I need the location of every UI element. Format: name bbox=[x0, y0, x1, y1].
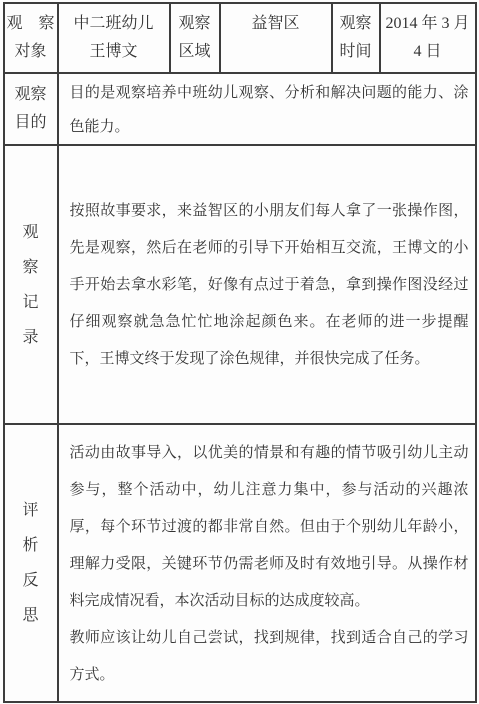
purpose-label-line1: 观察 bbox=[14, 87, 46, 103]
purpose-text-cell: 目的是观察培养中班幼儿观察、分析和解决问题的能力、涂色能力。 bbox=[58, 73, 476, 145]
record-label-char-1: 观 bbox=[22, 215, 38, 250]
reflection-text-cell: 活动由故事导入，以优美的情景和有趣的情节吸引幼儿主动参与，整个活动中，幼儿注意力… bbox=[58, 424, 476, 702]
area-label-line2: 区域 bbox=[178, 44, 210, 60]
purpose-text: 目的是观察培养中班幼儿观察、分析和解决问题的能力、涂色能力。 bbox=[70, 76, 469, 144]
reflection-label-char-3: 反 bbox=[22, 563, 38, 598]
time-value-cell: 2014 年 3 月 4 日 bbox=[380, 3, 476, 73]
reflection-row: 评 析 反 思 活动由故事导入，以优美的情景和有趣的情节吸引幼儿主动参与，整个活… bbox=[4, 424, 476, 702]
area-label-line1: 观察 bbox=[178, 16, 210, 32]
area-value: 益智区 bbox=[251, 16, 299, 32]
reflection-label-cell: 评 析 反 思 bbox=[4, 424, 58, 702]
subject-label-line2: 对象 bbox=[14, 44, 46, 60]
time-value-line2: 4 日 bbox=[413, 44, 441, 60]
record-label-char-3: 记 bbox=[22, 285, 38, 320]
area-value-cell: 益智区 bbox=[220, 3, 332, 73]
record-label-char-2: 察 bbox=[22, 250, 38, 285]
reflection-label-char-4: 思 bbox=[22, 598, 38, 633]
subject-label-line1: 观 察 bbox=[6, 16, 54, 32]
header-row: 观 察 对象 中二班幼儿 王博文 观察 区域 益智区 bbox=[4, 3, 476, 73]
time-label-line1: 观察 bbox=[339, 16, 371, 32]
record-row: 观 察 记 录 按照故事要求，来益智区的小朋友们每人拿了一张操作图，先是观察，然… bbox=[4, 145, 476, 424]
subject-value-cell: 中二班幼儿 王博文 bbox=[58, 3, 170, 73]
subject-label-cell: 观 察 对象 bbox=[4, 3, 58, 73]
record-text-cell: 按照故事要求，来益智区的小朋友们每人拿了一张操作图，先是观察，然后在老师的引导下… bbox=[58, 145, 476, 424]
time-value-line1: 2014 年 3 月 bbox=[385, 16, 469, 32]
reflection-label-char-2: 析 bbox=[22, 528, 38, 563]
reflection-paragraph-2: 教师应该让幼儿自己尝试，找到规律，找到适合自己的学习方式。 bbox=[70, 620, 469, 694]
time-label-cell: 观察 时间 bbox=[332, 3, 380, 73]
observation-form-table: 观 察 对象 中二班幼儿 王博文 观察 区域 益智区 bbox=[3, 2, 477, 703]
reflection-label-char-1: 评 bbox=[22, 493, 38, 528]
subject-value-line2: 王博文 bbox=[89, 44, 137, 60]
purpose-label-cell: 观察 目的 bbox=[4, 73, 58, 145]
record-label-char-4: 录 bbox=[22, 320, 38, 355]
reflection-paragraph-1: 活动由故事导入，以优美的情景和有趣的情节吸引幼儿主动参与，整个活动中，幼儿注意力… bbox=[70, 435, 469, 620]
area-label-cell: 观察 区域 bbox=[170, 3, 220, 73]
subject-value-line1: 中二班幼儿 bbox=[73, 16, 153, 32]
record-text: 按照故事要求，来益智区的小朋友们每人拿了一张操作图，先是观察，然后在老师的引导下… bbox=[70, 193, 469, 378]
purpose-label-line2: 目的 bbox=[14, 115, 46, 131]
document-page: 观 察 对象 中二班幼儿 王博文 观察 区域 益智区 bbox=[0, 0, 479, 704]
purpose-row: 观察 目的 目的是观察培养中班幼儿观察、分析和解决问题的能力、涂色能力。 bbox=[4, 73, 476, 145]
time-label-line2: 时间 bbox=[339, 44, 371, 60]
record-label-cell: 观 察 记 录 bbox=[4, 145, 58, 424]
